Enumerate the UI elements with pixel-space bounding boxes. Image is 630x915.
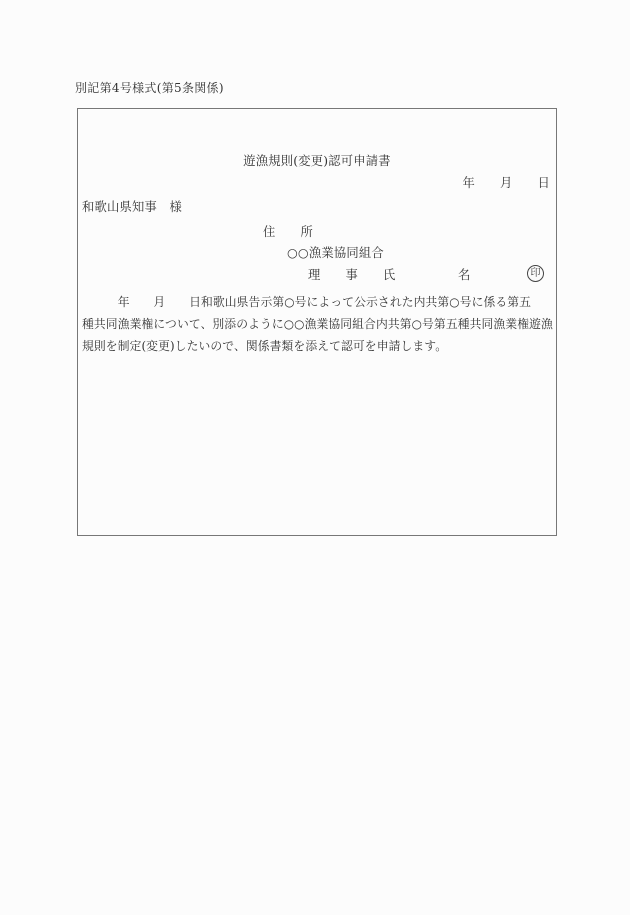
applicant-organization: ○○漁業協同組合 <box>287 246 384 261</box>
form-title: 遊漁規則(変更)認可申請書 <box>78 154 556 169</box>
application-body: 年 月 日和歌山県告示第○号によって公示された内共第○号に係る第五 種共同漁業権… <box>82 291 554 357</box>
document-page: 別記第4号様式(第5条関係) 遊漁規則(変更)認可申請書 年 月 日 和歌山県知… <box>0 0 630 915</box>
form-number-label: 別記第4号様式(第5条関係) <box>75 81 224 95</box>
application-form-box: 遊漁規則(変更)認可申請書 年 月 日 和歌山県知事 様 住 所 ○○漁業協同組… <box>77 108 557 536</box>
address-label: 住 所 <box>263 225 313 240</box>
date-line: 年 月 日 <box>463 176 550 191</box>
body-line: 種共同漁業権について、別添のように○○漁業協同組合内共第○号第五種共同漁業権遊漁 <box>82 313 554 335</box>
body-line: 年 月 日和歌山県告示第○号によって公示された内共第○号に係る第五 <box>82 291 554 313</box>
body-line: 規則を制定(変更)したいので、関係書類を添えて認可を申請します。 <box>82 335 554 357</box>
seal-icon: 印 <box>527 265 544 282</box>
addressee-line: 和歌山県知事 様 <box>82 200 182 215</box>
seal-glyph: 印 <box>531 269 541 279</box>
signer-name-line: 理 事 氏 名 <box>308 268 470 283</box>
